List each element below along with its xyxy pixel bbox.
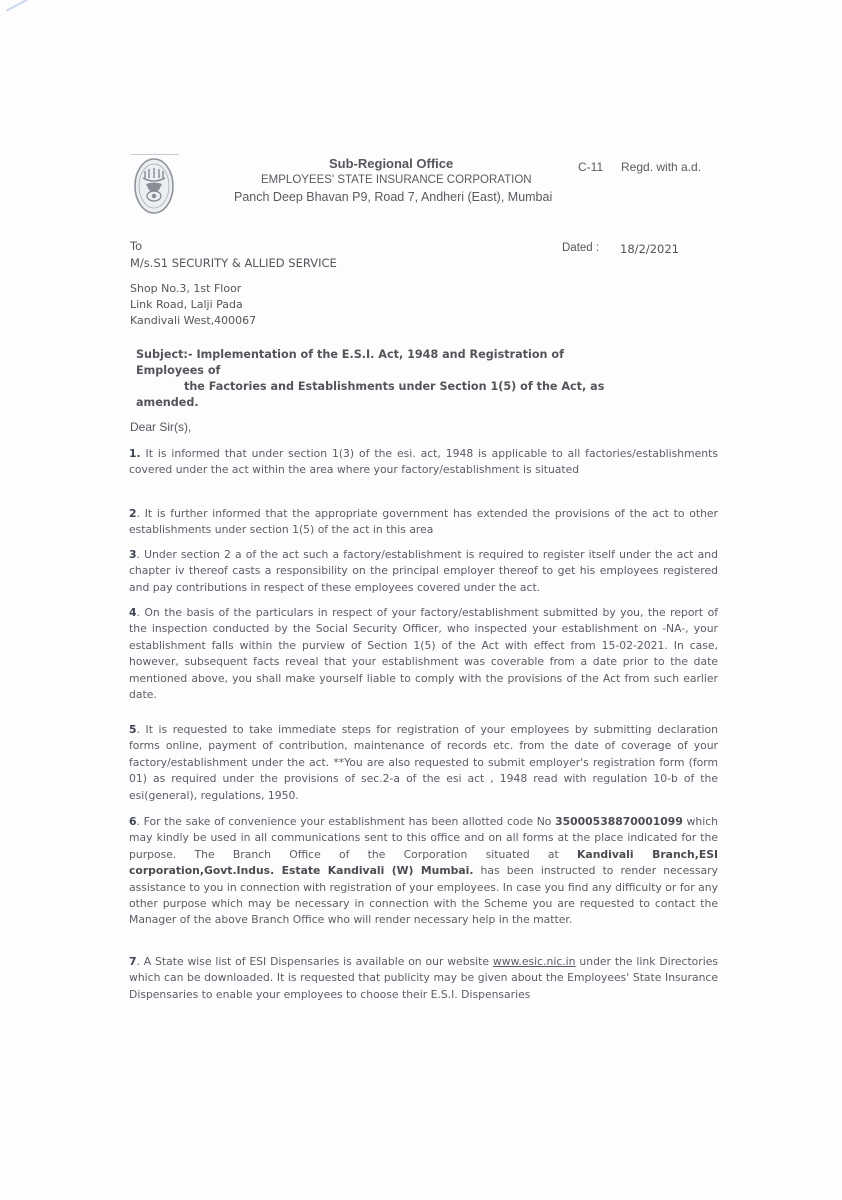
date-label: Dated :: [562, 242, 599, 254]
paragraph-2: 2. It is further informed that the appro…: [129, 506, 718, 539]
office-address: Panch Deep Bhavan P9, Road 7, Andheri (E…: [234, 190, 552, 204]
paragraph-6: 6. For the sake of convenience your esta…: [129, 814, 718, 929]
recipient-name: M/s.S1 SECURITY & ALLIED SERVICE: [130, 255, 337, 272]
paragraph-number: 2: [129, 507, 137, 520]
paragraph-1: 1. It is informed that under section 1(3…: [129, 446, 718, 479]
organization-name: EMPLOYEES' STATE INSURANCE CORPORATION: [261, 174, 532, 186]
paragraph-7: 7. A State wise list of ESI Dispensaries…: [129, 954, 718, 1003]
paragraph-text: . It is further informed that the approp…: [129, 507, 718, 536]
subject-text-3: amended.: [136, 395, 626, 411]
recipient-address: Shop No.3, 1st Floor Link Road, Lalji Pa…: [130, 281, 256, 329]
dispatch-mode: Regd. with a.d.: [621, 160, 701, 174]
scan-artifact-mark: [6, 0, 40, 12]
subject-prefix: Subject:-: [136, 348, 193, 361]
paragraph-number: 6: [129, 815, 137, 828]
address-line: Link Road, Lalji Pada: [130, 297, 256, 313]
paragraph-3: 3. Under section 2 a of the act such a f…: [129, 547, 718, 596]
paragraph-4: 4. On the basis of the particulars in re…: [129, 605, 718, 703]
subject-text-2: the Factories and Establishments under S…: [136, 379, 626, 395]
paragraph-text: . It is requested to take immediate step…: [129, 723, 718, 802]
logo-rule: [131, 154, 179, 155]
paragraph-5: 5. It is requested to take immediate ste…: [129, 722, 718, 804]
paragraph-text: . On the basis of the particulars in res…: [129, 606, 718, 701]
esic-emblem-icon: [133, 157, 175, 215]
address-line: Kandivali West,400067: [130, 313, 256, 329]
paragraph-number: 1.: [129, 447, 141, 460]
paragraph-number: 3: [129, 548, 137, 561]
office-title: Sub-Regional Office: [329, 156, 453, 171]
form-code: C-11: [578, 160, 603, 174]
paragraph-number: 4: [129, 606, 137, 619]
to-label: To: [130, 238, 337, 255]
date-value: 18/2/2021: [620, 242, 679, 256]
subject-text-1: Implementation of the E.S.I. Act, 1948 a…: [136, 348, 564, 377]
recipient-block: To M/s.S1 SECURITY & ALLIED SERVICE: [130, 238, 337, 272]
paragraph-text: It is informed that under section 1(3) o…: [129, 447, 718, 476]
address-line: Shop No.3, 1st Floor: [130, 281, 256, 297]
website-link[interactable]: www.esic.nic.in: [493, 955, 576, 968]
paragraph-text: . A State wise list of ESI Dispensaries …: [137, 955, 493, 968]
paragraph-text: . Under section 2 a of the act such a fa…: [129, 548, 718, 594]
paragraph-number: 7: [129, 955, 137, 968]
subject-line: Subject:- Implementation of the E.S.I. A…: [136, 347, 626, 411]
paragraph-number: 5: [129, 723, 137, 736]
employer-code: 35000538870001099: [555, 815, 683, 828]
paragraph-text: . For the sake of convenience your estab…: [137, 815, 556, 828]
salutation: Dear Sir(s),: [130, 420, 191, 434]
